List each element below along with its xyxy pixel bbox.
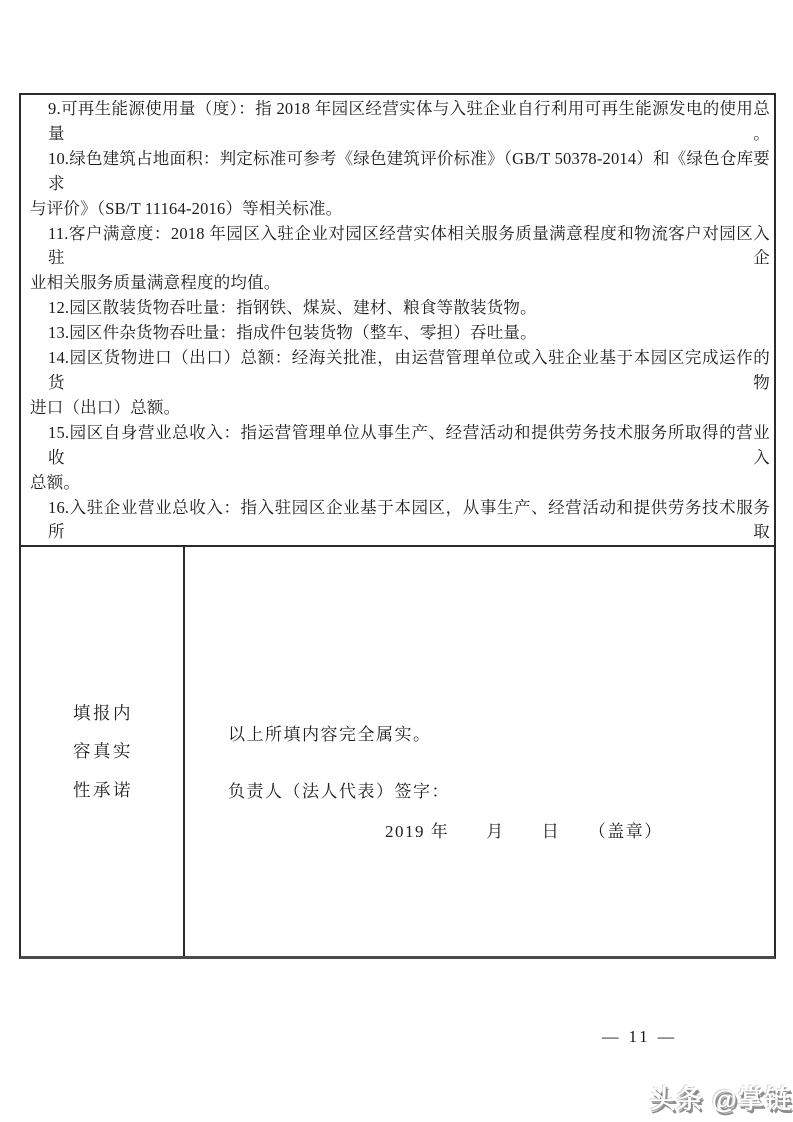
- note-line: 进口（出口）总额。: [30, 396, 770, 421]
- commitment-label-line: 填报内: [73, 694, 183, 733]
- note-line: 总额。: [30, 471, 770, 496]
- note-line: 13.园区件杂货物吞吐量：指成件包装货物（整车、零担）吞吐量。: [30, 321, 770, 346]
- note-line: 10.绿色建筑占地面积：判定标准可参考《绿色建筑评价标准》（GB/T 50378…: [30, 147, 770, 197]
- date-seal-line: 2019 年 月 日 （盖章）: [385, 817, 663, 842]
- note-line: 15.园区自身营业总收入：指运营管理单位从事生产、经营活动和提供劳务技术服务所取…: [30, 421, 770, 471]
- note-line: 业相关服务质量满意程度的均值。: [30, 271, 770, 296]
- commitment-label-cell: 填报内 容真实 性承诺: [21, 547, 185, 956]
- watermark: 头条 @掌链: [649, 1079, 792, 1116]
- note-line: 12.园区散装货物吞吐量：指钢铁、煤炭、建材、粮食等散装货物。: [30, 296, 770, 321]
- page-number: — 11 —: [602, 1027, 677, 1047]
- commitment-row: 填报内 容真实 性承诺 以上所填内容完全属实。 负责人（法人代表）签字： 201…: [21, 547, 774, 956]
- commitment-label-line: 性承诺: [73, 771, 183, 810]
- notes-section: 9.可再生能源使用量（度）：指 2018 年园区经营实体与入驻企业自行利用可再生…: [21, 95, 774, 547]
- note-line: 16.入驻企业营业总收入：指入驻园区企业基于本园区，从事生产、经营活动和提供劳务…: [30, 496, 770, 546]
- notes-and-commitment-table: 9.可再生能源使用量（度）：指 2018 年园区经营实体与入驻企业自行利用可再生…: [19, 93, 776, 959]
- commitment-statement: 以上所填内容完全属实。: [228, 720, 432, 745]
- commitment-label-line: 容真实: [73, 732, 183, 771]
- note-line: 11.客户满意度：2018 年园区入驻企业对园区经营实体相关服务质量满意程度和物…: [30, 222, 770, 272]
- note-line: 9.可再生能源使用量（度）：指 2018 年园区经营实体与入驻企业自行利用可再生…: [30, 97, 770, 147]
- document-page: 9.可再生能源使用量（度）：指 2018 年园区经营实体与入驻企业自行利用可再生…: [0, 0, 793, 1122]
- signature-line: 负责人（法人代表）签字：: [228, 777, 450, 802]
- note-line: 14.园区货物进口（出口）总额：经海关批准，由运营管理单位或入驻企业基于本园区完…: [30, 346, 770, 396]
- note-line: 与评价》（SB/T 11164-2016）等相关标准。: [30, 197, 770, 222]
- commitment-content-cell: 以上所填内容完全属实。 负责人（法人代表）签字： 2019 年 月 日 （盖章）: [185, 547, 774, 956]
